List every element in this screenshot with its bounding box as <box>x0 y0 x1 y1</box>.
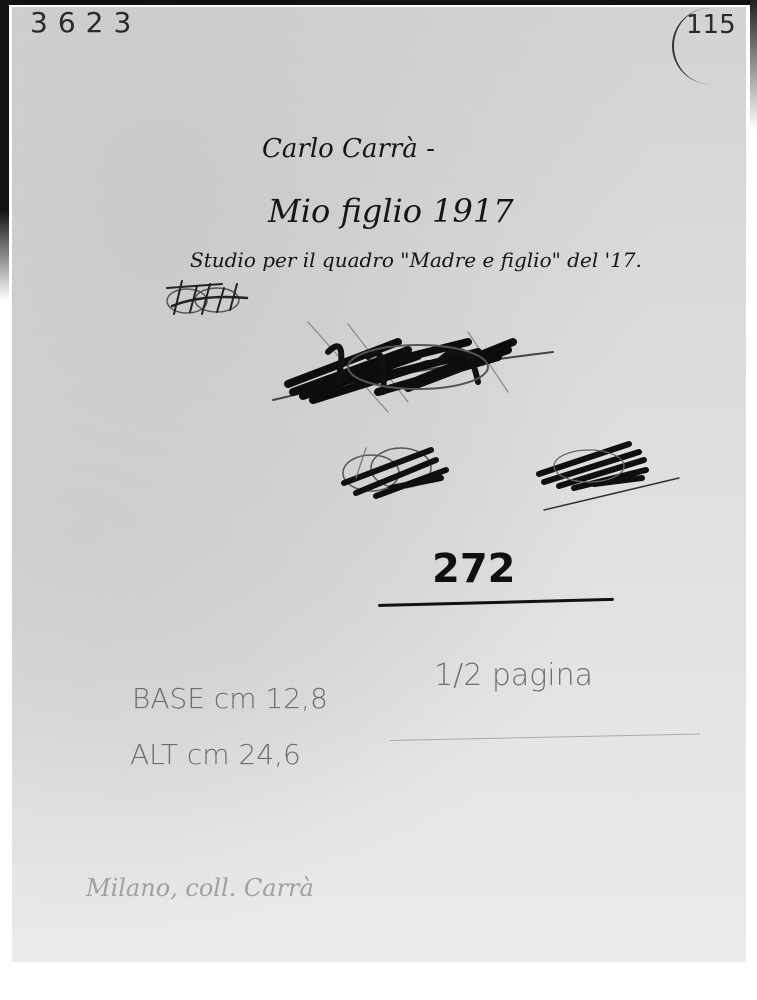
crossed-out-large-center <box>268 312 568 422</box>
layout-note: 1/2 pagina <box>434 658 593 693</box>
folio-number: 115 <box>686 10 736 40</box>
page-number: 272 <box>432 546 516 592</box>
dimension-height: ALT cm 24,6 <box>130 738 301 771</box>
crossed-out-lower-right <box>534 436 684 516</box>
artwork-title: Mio figlio 1917 <box>268 192 514 230</box>
collection-location: Milano, coll. Carrà <box>86 874 314 902</box>
archive-number: 3623 <box>30 6 141 39</box>
artist-name: Carlo Carrà - <box>262 134 435 164</box>
photo-edge-right <box>750 0 757 130</box>
photo-edge-top <box>0 0 757 5</box>
crossed-out-lower-left <box>336 438 451 503</box>
photo-edge-left <box>0 0 9 300</box>
crossed-out-small-left <box>162 276 257 321</box>
dimension-base: BASE cm 12,8 <box>132 682 328 715</box>
study-note: Studio per il quadro "Madre e figlio" de… <box>190 248 642 272</box>
